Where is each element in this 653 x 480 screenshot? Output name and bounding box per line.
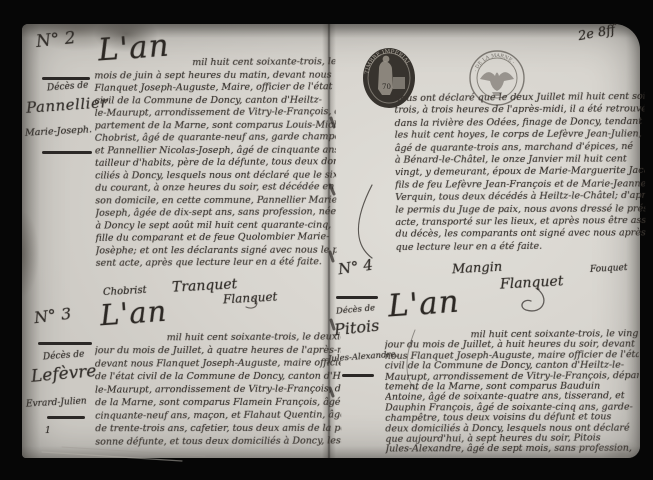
act-2-margin-number: N° 2 [35, 28, 76, 52]
manuscript-line: mil huit cent soixante-trois, le sept du [94, 56, 335, 70]
manuscript-line: jour du mois de Juillet, à quatre heures… [95, 344, 341, 357]
signature: Flanquet [223, 290, 278, 307]
act-3-margin-firstnames: Evrard-Julien [26, 396, 87, 409]
signature: Fouquet [590, 263, 628, 275]
margin-rule [47, 416, 85, 419]
signature: Mangin [452, 260, 503, 278]
manuscript-line: mil huit cent soixante-trois, le deuxièm… [95, 330, 341, 344]
margin-rule [42, 151, 92, 154]
act-4-opening: L'an [387, 284, 461, 325]
manuscript-line: devant nous Flanquet Joseph-Auguste, mai… [95, 356, 341, 370]
margin-rule [42, 77, 90, 80]
act-3-margin-mark: 1 [45, 426, 51, 436]
act-2-text-block: mil huit cent soixante-trois, le sept du… [94, 56, 336, 270]
manuscript-line: Chobrist, âgé de quarante-neuf ans, gard… [95, 131, 336, 145]
manuscript-line: sent acte, après que lecture leur en a é… [96, 256, 337, 270]
manuscript-line: Joseph, âgée de dix-sept ans, sans profe… [95, 206, 336, 220]
manuscript-line: de trente-trois ans, cafetier, tous deux… [95, 422, 341, 435]
manuscript-line: de la Marne, sont comparus Flamein Franç… [95, 396, 341, 409]
margin-rule [342, 374, 374, 377]
manuscript-line: Flanquet Joseph-Auguste, Maire, officier… [94, 81, 335, 95]
manuscript-line: cinquante-neuf ans, maçon, et Flahaut Qu… [95, 408, 341, 422]
act-3-margin-name: Lefèvre [30, 361, 97, 387]
revenue-stamp-value: 70 [382, 83, 391, 91]
continuation-text-block: nous ont déclaré que le deux Juillet mil… [394, 91, 645, 254]
act-2-margin-firstnames: Marie-Joseph. [25, 124, 93, 138]
margin-rule [336, 296, 378, 299]
manuscript-line: mois de juin à sept heures du matin, dev… [94, 69, 335, 82]
svg-text:· DE LA MARNE ·: · DE LA MARNE · [473, 53, 516, 73]
seal-rim-text: · DE LA MARNE · [473, 53, 516, 73]
microfilm-background: 2e 8ff N° 2 Décès de Pannellier Marie-Jo… [0, 0, 653, 480]
act-3-text-block: mil huit cent soixante-trois, le deuxièm… [95, 330, 342, 448]
manuscript-line: fille du comparant et de feue Quolombier… [95, 231, 336, 245]
manuscript-line: de l'état civil de la Commune de Doncy, … [95, 370, 341, 383]
signature: Flanquet [500, 273, 564, 292]
margin-rule [38, 342, 92, 345]
manuscript-line: le-Maurupt, arrondissement de Vitry-le-F… [95, 382, 341, 396]
manuscript-line: Jules-Alexandre, âgé de sept mois, sans … [385, 444, 639, 455]
manuscript-line: le-Maurupt, arrondissement de Vitry-le-F… [95, 106, 336, 120]
act-3-margin-type: Décès de [43, 350, 85, 363]
act-3-margin-number: N° 3 [33, 304, 72, 327]
act-4-margin-number: N° 4 [337, 256, 374, 279]
imperial-eagle-icon [480, 72, 514, 91]
act-2-margin-type: Décès de [47, 81, 89, 94]
register-spread: 2e 8ff N° 2 Décès de Pannellier Marie-Jo… [22, 24, 640, 458]
manuscript-line: sonne défunte, et tous deux domiciliés à… [95, 434, 341, 448]
act-4-text-block: mil huit cent soixante-trois, le vingtiè… [385, 329, 640, 456]
act-3-opening: L'an [99, 294, 168, 333]
manuscript-line: que lecture leur en a été faite. [396, 240, 646, 255]
manuscript-line: tailleur d'habits, père de la défunte, t… [95, 156, 336, 170]
act-4-margin-name: Pitois [333, 316, 380, 340]
folio-note: 2e 8ff [577, 23, 617, 44]
manuscript-line: du courant, à onze heures du soir, est d… [95, 181, 336, 195]
act-4-margin-type: Décès de [336, 303, 376, 316]
